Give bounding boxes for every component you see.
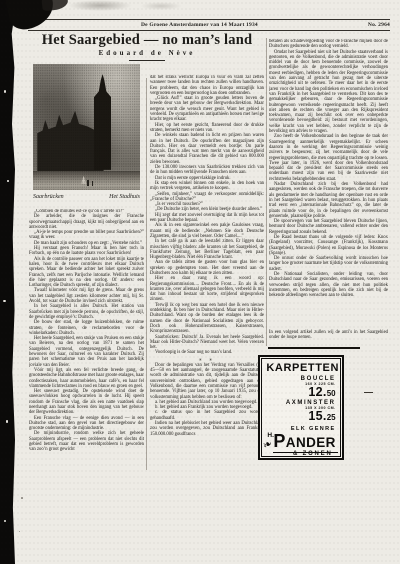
paragraph: Hij verstaat geen Fransch! Maar ik ben h… xyxy=(29,246,144,257)
end-of-article-rule xyxy=(268,347,360,349)
film-speckle xyxy=(4,520,6,522)
text-column-3: betalen als schadevergoeding voor de Fra… xyxy=(269,39,388,330)
paragraph: Door de bepalingen van het Verdrag van V… xyxy=(150,363,264,400)
ad-offer-axminster: AXMINSTER 135 X 200 CM. 15.25 xyxy=(266,400,335,423)
price-cents: 25 xyxy=(327,413,336,422)
article-author: Edouard de Nève xyxy=(24,49,270,57)
paragraph: „Seifen, mijnheer,” vraagt de verkoopste… xyxy=(150,192,264,203)
paragraph: Twaalf kilometer vóór mij ligt de grens.… xyxy=(29,288,144,304)
column-rule xyxy=(146,78,147,470)
paragraph: Het heele Saargebied, een stukje van Pru… xyxy=(29,336,144,368)
caption-right: Het Stadhuis xyxy=(109,194,140,200)
header-rule-bottom xyxy=(28,30,390,31)
text-column-1: „Combien de minutes est-ce qu’on s’arrêt… xyxy=(29,209,144,471)
ad-inner-frame: KARPETTEN BOUCLE 160 X 225 CM. 12.50 AXM… xyxy=(261,358,340,456)
paragraph: Terwijl ik op weg ben naar een hotel doe… xyxy=(150,303,264,335)
newspaper-page: 8 De Groene Amsterdammer van 14 Maart 19… xyxy=(0,0,400,564)
masthead: De Groene Amsterdammer van 14 Maart 1934 xyxy=(141,22,258,28)
issue-number: No. 2964 xyxy=(368,22,390,28)
price-cents: 50 xyxy=(327,389,336,398)
paragraph: In het café ga ik aan de leestafel zitte… xyxy=(150,239,264,260)
film-speckle xyxy=(6,420,8,423)
brand-name-initial-letter: P xyxy=(273,431,285,451)
paragraph: Indien na het plebisciet het gebied weer… xyxy=(150,421,264,437)
paragraph: De onrust onder de Saarbevolking wordt i… xyxy=(269,256,388,272)
caption-left: Saarbrücken xyxy=(33,194,64,200)
paragraph: Zoo heeft de Volkenbondsraad in den begi… xyxy=(269,134,388,182)
film-speckle xyxy=(4,90,6,93)
page-header: 8 De Groene Amsterdammer van 14 Maart 19… xyxy=(28,21,390,30)
brand-logo: H. ❧ PANDER & ZONEN xyxy=(266,433,335,457)
paragraph: Ik stap een winkel binnen om enkele, in … xyxy=(150,181,264,192)
title-divider xyxy=(129,60,165,61)
text-column-2: dat het straks wellicht Europa in vuur e… xyxy=(150,75,264,472)
paragraph: Het sneeuwt gestadig. De opstekende wind… xyxy=(29,389,144,415)
paragraph: De Nationaal Socialisten, onder leiding … xyxy=(269,272,388,298)
price-guilders: 15. xyxy=(308,409,326,423)
brand-name: PANDER xyxy=(273,431,337,453)
paper-speck xyxy=(19,531,20,532)
film-speckle xyxy=(7,180,9,182)
ad-offer-boucle: BOUCLE 160 X 225 CM. 12.50 xyxy=(266,376,335,399)
brand-suffix: & ZONEN xyxy=(293,451,333,457)
photo-grain xyxy=(33,64,140,190)
column-rule xyxy=(266,38,267,346)
paragraph: Als ik de contrôle passeer om aan het lo… xyxy=(29,257,144,289)
ad-product-price: 12.50 xyxy=(266,386,335,399)
paragraph: „Ai-je le temps pour prendre un billet p… xyxy=(29,230,144,241)
karpetten-advertisement: KARPETTEN BOUCLE 160 X 225 CM. 12.50 AXM… xyxy=(258,355,344,460)
section-divider: ✳ ✳ xyxy=(150,356,264,363)
scan-smudge xyxy=(140,2,182,10)
column-2-top: dat het straks wellicht Europa in vuur e… xyxy=(150,75,264,356)
margin-dash xyxy=(364,392,373,393)
brand-name-rest: ANDER xyxy=(286,435,336,450)
scan-film-edge xyxy=(0,0,15,564)
paragraph: De arbeider, die de insignes der Fransch… xyxy=(29,214,144,230)
paragraph: Omdat het Saargebied niet uit het Duitsc… xyxy=(269,50,388,135)
paragraph: De bouw der stad, de logge huizenblokken… xyxy=(29,320,144,336)
paragraph: In het Saargebied is alles Duitsch. Het … xyxy=(29,304,144,320)
paragraph: Nadat Duitschland zich bij den Volkenbon… xyxy=(269,182,388,219)
ad-product-price: 15.25 xyxy=(266,410,335,423)
paragraph: Hier en daar vang ik een woord op: Regie… xyxy=(150,276,264,302)
paragraph: Hier, op het eerste gezicht, flaneerend … xyxy=(150,123,264,134)
paragraph: Een Fransche vlag — de eenige dien avond… xyxy=(29,416,144,432)
paragraph: „Glück Auf!” staat in groote gouden lett… xyxy=(150,96,264,122)
paper-speck xyxy=(21,497,23,499)
paragraph: De winkels staan badend in licht en prij… xyxy=(150,133,264,165)
closing-note: In een volgend artikel zullen wij de ant… xyxy=(269,330,388,341)
film-speckle xyxy=(3,300,6,302)
price-guilders: 12. xyxy=(308,385,326,399)
article-title: Het Saargebied — no man’s land xyxy=(24,32,270,49)
scan-ink-blot xyxy=(41,0,68,11)
paragraph: betalen als schadevergoeding voor de Fra… xyxy=(269,39,388,50)
paragraph: „De Duitsche zijn beter, een klein beetj… xyxy=(150,207,264,212)
paragraph: dat het straks wellicht Europa in vuur e… xyxy=(150,75,264,96)
paragraph: De Raad bestaat thans uit de volgende vi… xyxy=(269,235,388,256)
paragraph: De mijnindustrie, rondom welke zich het … xyxy=(29,431,144,452)
ad-headline: KARPETTEN xyxy=(266,362,335,374)
paragraph: Aan de tafels zitten de gasten voor hun … xyxy=(150,260,264,276)
paragraph: De spoorwegen van het Saargebied bleven … xyxy=(269,219,388,235)
column-2-bottom: Door de bepalingen van het Verdrag van V… xyxy=(150,363,264,437)
photo-caption: Saarbrücken Het Stadhuis xyxy=(33,194,140,200)
paragraph: Als ik in een sigarenwinkel een pakje Ga… xyxy=(150,223,264,239)
paragraph: De 130.000 inwoners van Saarbrücken trek… xyxy=(150,165,264,176)
paragraph: c. de status quo in het Saargebied zou w… xyxy=(150,410,264,421)
paragraph: Hij zegt dat met zooveel overtuiging dat… xyxy=(150,213,264,224)
paragraph: Vóór mij ligt, als een fel verlichte bre… xyxy=(29,368,144,389)
scan-smudge xyxy=(68,0,132,11)
article-photo xyxy=(33,64,140,190)
paragraph: Saarbrücken: Duitsch! Ja. Evenals het he… xyxy=(150,335,264,351)
